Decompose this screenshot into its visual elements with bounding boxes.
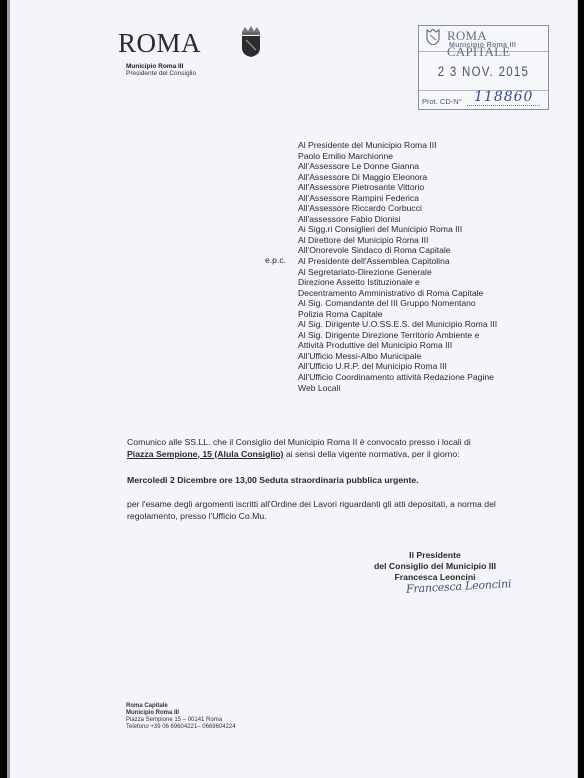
stamp-subtitle: Municipio Roma III	[449, 42, 516, 49]
recipient-line: Al Segretariato-Direzione Generale	[298, 267, 497, 278]
recipient-line: All'Ufficio U.R.P. del Municipio Roma II…	[298, 361, 497, 372]
roma-capitale-crest-icon	[426, 29, 440, 45]
footer-address: Roma Capitale Municipio Roma III Piazza …	[126, 703, 236, 731]
header-municipio: Municipio Roma III	[126, 63, 183, 70]
footer-municipio: Municipio Roma III	[126, 710, 236, 717]
recipient-line: Polizia Roma Capitale	[298, 309, 497, 320]
recipient-line: Al Sig. Dirigente U.O.SS.E.S. del Munici…	[298, 319, 497, 330]
protocol-dotted-line	[467, 105, 540, 106]
paragraph-convocation: Comunico alle SS.LL. che il Consiglio de…	[127, 437, 547, 460]
recipient-line: All'Ufficio Coordinamento attività Redaz…	[298, 372, 497, 383]
recipient-line: Web Locali	[298, 383, 497, 394]
recipient-line: All'assessore Fabio Dionisi	[298, 214, 497, 225]
meeting-location: Piazza Sempione, 15 (Alula Consiglio)	[127, 449, 283, 459]
paragraph-agenda: per l'esame degli argomenti iscritti all…	[127, 499, 547, 522]
recipient-line: All'Assessore Rampini Federica	[298, 193, 497, 204]
recipient-line: Al Presidente dell'Assemblea Capitolina	[298, 256, 497, 267]
recipient-line: All'Ufficio Messi-Albo Municipale	[298, 351, 497, 362]
recipient-line: Direzione Assetto Istituzionale e	[298, 277, 497, 288]
recipient-line: All'Assessore Le Donne Gianna	[298, 161, 497, 172]
recipient-line: Attività Produttive del Municipio Roma I…	[298, 340, 497, 351]
recipient-line: All'Assessore Di Maggio Eleonora	[298, 172, 497, 183]
recipient-line: All'Onorevole Sindaco di Roma Capitale	[298, 245, 497, 256]
recipient-line: Paolo Emilio Marchionne	[298, 151, 497, 162]
epc-label: e.p.c.	[265, 255, 286, 265]
protocol-number: 118860	[474, 89, 533, 105]
footer-phone: Telefono +39 06 69604221– 0669604224	[126, 724, 236, 731]
recipient-line: Ai Sigg.ri Consiglieri del Municipio Rom…	[298, 224, 497, 235]
recipient-line: All'Assessore Riccardo Corbucci	[298, 203, 497, 214]
convocation-text: Comunico alle SS.LL. che il Consiglio de…	[127, 437, 471, 447]
meeting-date: Mercoledì 2 Dicembre ore 13,00 Seduta st…	[127, 475, 547, 487]
roma-crest-icon	[239, 24, 263, 58]
footer-org: Roma Capitale	[126, 703, 236, 710]
roma-logo-text: ROMA	[118, 28, 201, 59]
recipient-list: Al Presidente del Municipio Roma IIIPaol…	[298, 140, 497, 393]
header-role: Presidente del Consiglio	[126, 70, 196, 77]
recipient-line: All'Assessore Pietrosante Vittorio	[298, 182, 497, 193]
recipient-line: Al Direttore del Municipio Roma III	[298, 235, 497, 246]
recipient-line: Al Sig. Dirigente Direzione Territorio A…	[298, 330, 497, 341]
protocol-stamp: ROMA CAPITALE Municipio Roma III 2 3 NOV…	[418, 25, 549, 110]
stamp-date: 2 3 NOV. 2015	[429, 64, 539, 79]
signature-title: Il Presidente	[350, 550, 520, 561]
recipient-line: Al Sig. Comandante del III Gruppo Noment…	[298, 298, 497, 309]
recipient-line: Decentramento Amministrativo di Roma Cap…	[298, 288, 497, 299]
footer-street: Piazza Sempione 15 – 00141 Roma	[126, 717, 236, 724]
convocation-text-end: ai sensi della vigente normativa, per il…	[283, 449, 459, 459]
signature-role: del Consiglio del Municipio III	[350, 561, 520, 572]
protocol-label: Prot. CD-N°	[422, 97, 462, 106]
document-page: ROMA Municipio Roma III Presidente del C…	[7, 0, 578, 778]
recipient-line: Al Presidente del Municipio Roma III	[298, 140, 497, 151]
